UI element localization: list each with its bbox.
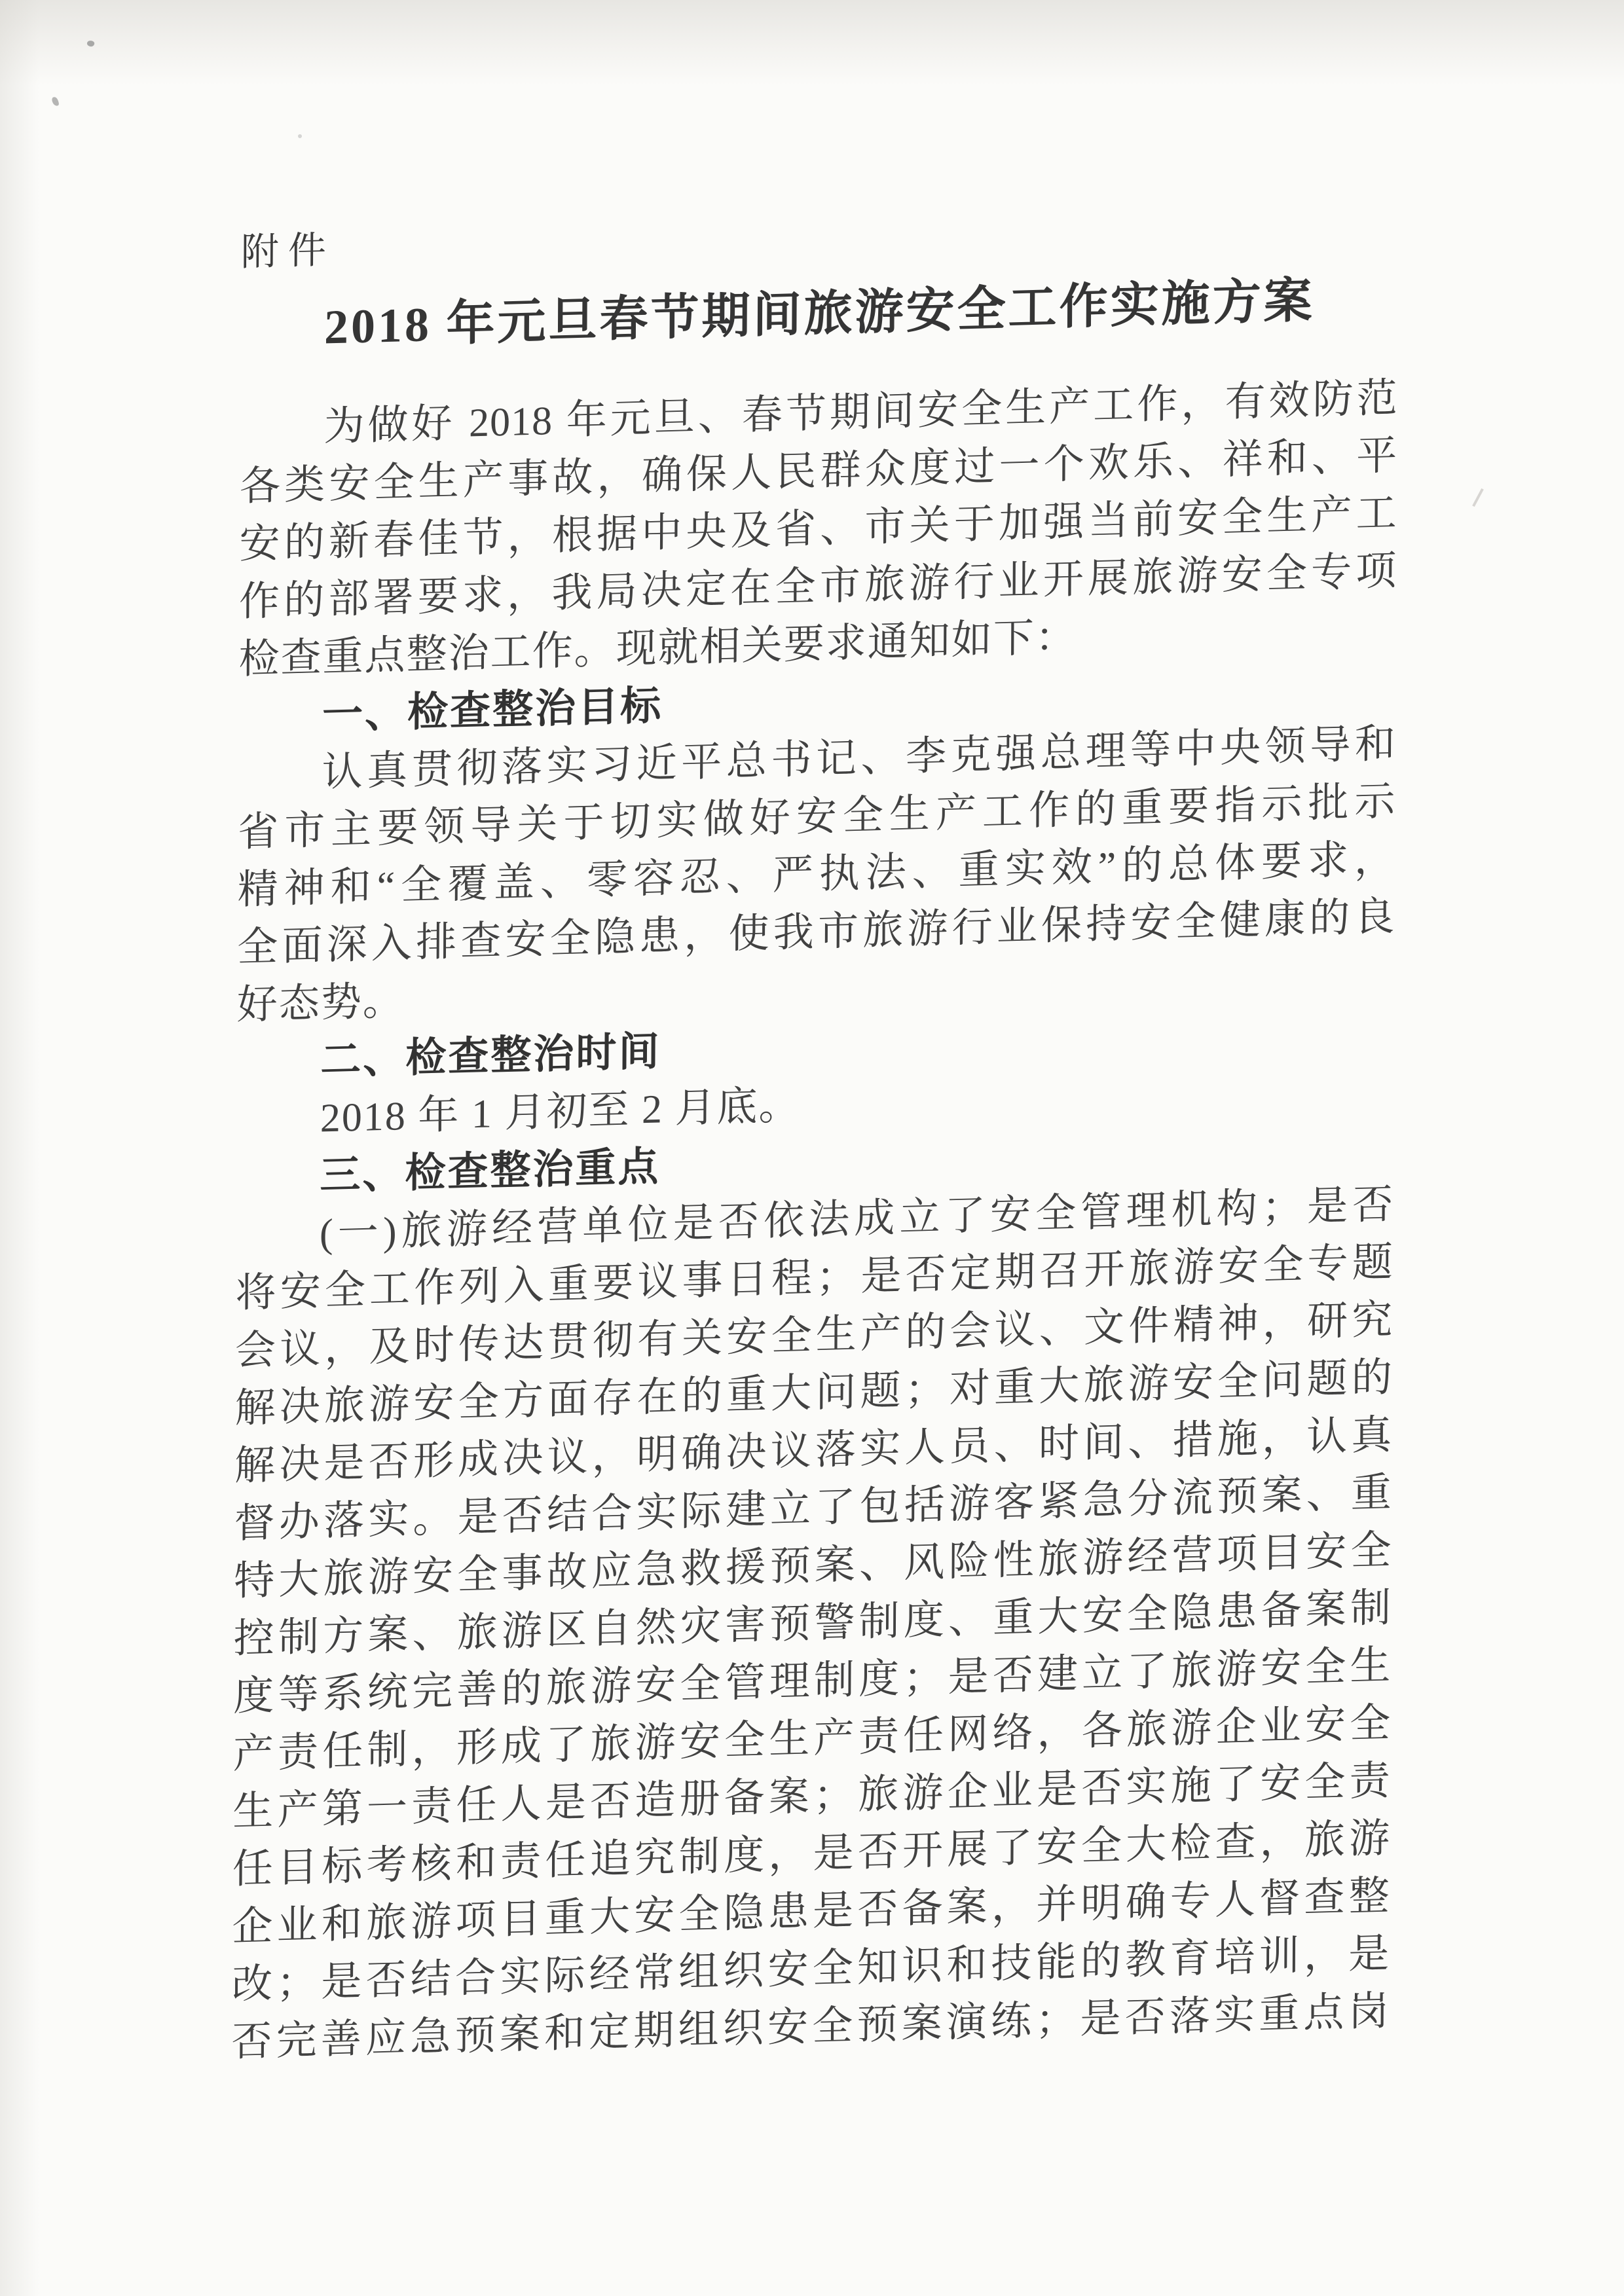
- scan-speckle: [51, 96, 59, 107]
- document-lines: 为做好 2018 年元旦、春节期间安全生产工作，有效防范各类安全生产事故，确保人…: [231, 369, 1398, 2071]
- scan-slash-mark: [1472, 488, 1484, 507]
- scan-speckle: [298, 134, 302, 138]
- scan-speckle: [86, 39, 95, 47]
- document-content: 附件 2018 年元旦春节期间旅游安全工作实施方案 为做好 2018 年元旦、春…: [231, 198, 1399, 2071]
- attachment-label: 附件: [241, 198, 1399, 276]
- document-title: 2018 年元旦春节期间旅游安全工作实施方案: [240, 267, 1399, 361]
- scanned-document-page: 附件 2018 年元旦春节期间旅游安全工作实施方案 为做好 2018 年元旦、春…: [0, 0, 1624, 2296]
